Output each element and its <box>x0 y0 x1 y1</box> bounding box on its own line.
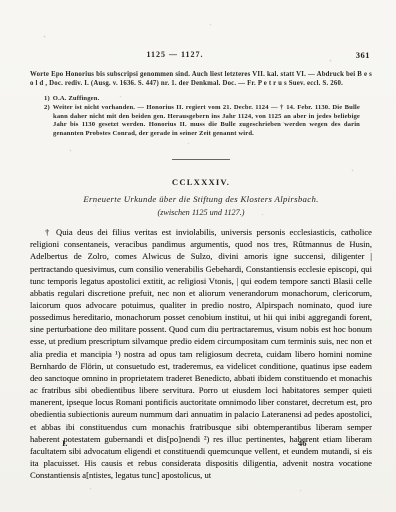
footnote-1-text: O.A. Zuffingen. <box>53 95 100 102</box>
page-number: 361 <box>356 50 370 60</box>
volume-signature-mark: I. <box>62 438 67 448</box>
scan-noise-speckles <box>0 0 1 1</box>
charter-title: Erneuerte Urkunde über die Stiftung des … <box>30 194 372 204</box>
charter-date-line: (zwischen 1125 und 1127.) <box>30 208 372 217</box>
section-divider-rule <box>172 159 230 160</box>
footnote-1-marker: 1) <box>44 95 53 102</box>
footnote-1: 1)O.A. Zuffingen. <box>44 95 360 103</box>
apparatus-note: Worte Epo Honorius bis subscripsi genomm… <box>30 71 372 88</box>
print-area: 1125 — 1127. 361 Worte Epo Honorius bis … <box>30 50 372 481</box>
header-date-range: 1125 — 1127. <box>30 50 320 59</box>
running-header: 1125 — 1127. 361 <box>30 50 372 61</box>
charter-number-heading: CCLXXXIV. <box>30 177 372 187</box>
scanned-book-page: 1125 — 1127. 361 Worte Epo Honorius bis … <box>0 0 396 512</box>
footnote-2: 2)Weiter ist nicht vorhanden. — Honorius… <box>44 104 360 138</box>
sheet-signature-number: 46 <box>298 438 307 448</box>
charter-body-text: † Quia deus dei filius veritas est invio… <box>30 226 372 481</box>
footnotes-block: 1)O.A. Zuffingen. 2)Weiter ist nicht vor… <box>44 95 360 138</box>
footnote-2-text: Weiter ist nicht vorhanden. — Honorius I… <box>53 104 360 136</box>
footnote-2-marker: 2) <box>44 104 53 111</box>
